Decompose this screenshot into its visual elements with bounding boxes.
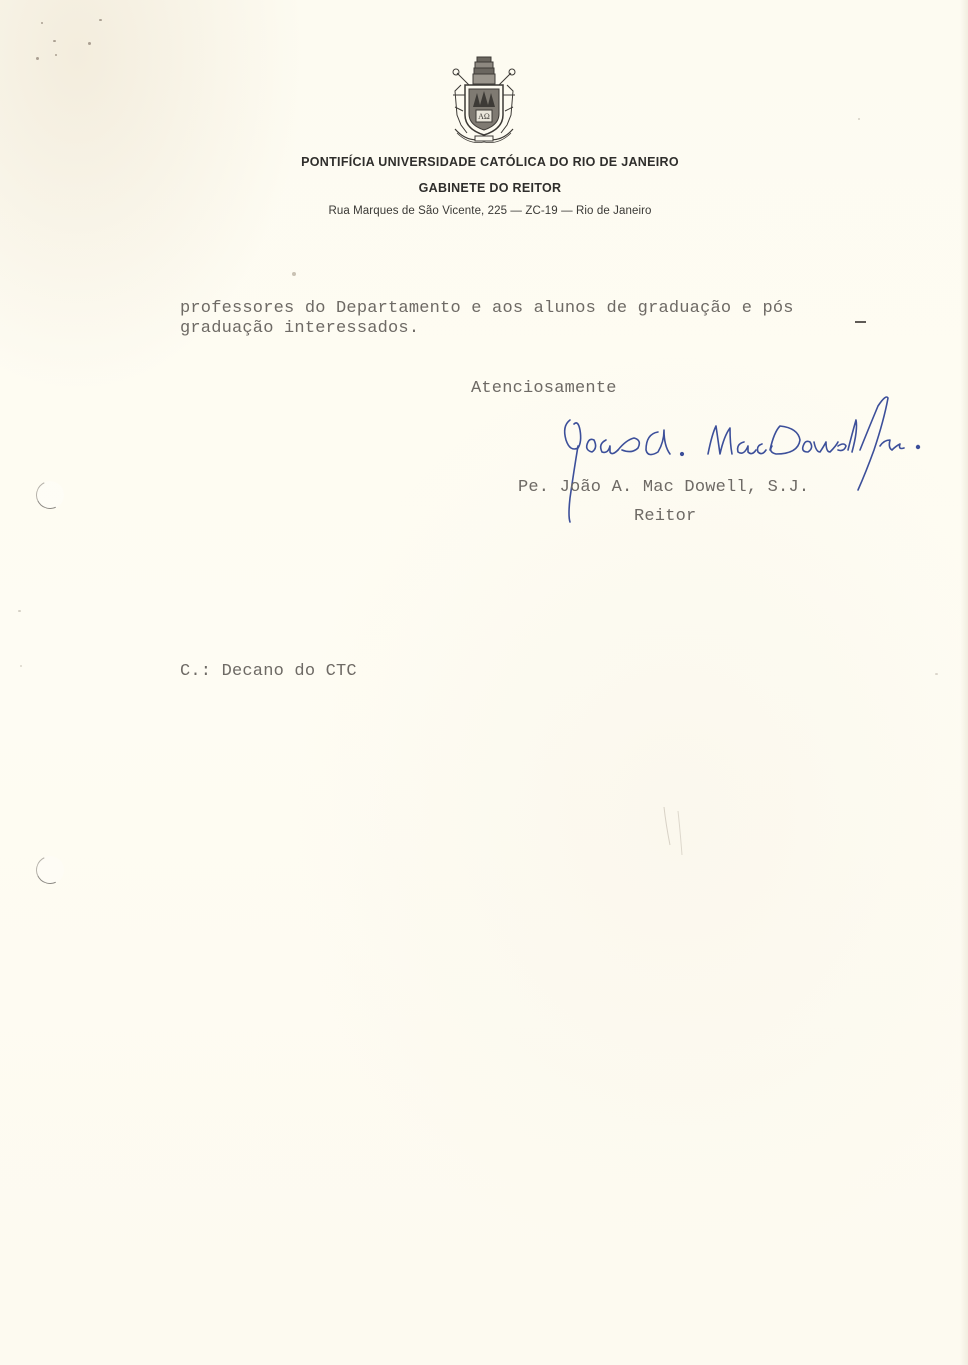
paper-speck [41,22,43,24]
letterhead-university-name: PONTIFÍCIA UNIVERSIDADE CATÓLICA DO RIO … [0,155,968,169]
svg-text:AΩ: AΩ [478,112,490,121]
body-text-line: professores do Departamento e aos alunos… [180,299,794,319]
signer-title: Reitor [634,507,696,527]
address-street: Rua Marques de São Vicente, 225 [328,205,507,217]
handwritten-signature [548,390,938,530]
signer-typed-name: Pe. João A. Mac Dowell, S.J. [518,478,809,498]
paper-speck [20,665,22,667]
paper-speck [36,57,39,60]
hole-punch-mark [32,852,68,888]
paper-speck [935,673,938,675]
address-city: Rio de Janeiro [576,205,652,217]
paper-speck [292,272,296,276]
paper-speck [55,54,57,56]
address-zone: ZC-19 [525,205,557,217]
carbon-copy-line: C.: Decano do CTC [180,662,357,682]
typed-underline-mark [855,321,866,323]
body-text-line: graduação interessados. [180,319,419,339]
paper-speck [99,19,102,21]
address-separator: — [558,205,576,217]
address-separator: — [507,205,525,217]
letter-page: AΩ PONTIFÍCIA UNIVERSIDADE CATÓLICA DO R… [0,0,968,1365]
paper-speck [88,42,91,45]
university-crest-icon: AΩ [447,55,521,145]
paper-speck [858,118,860,120]
paper-speck [53,40,56,42]
letterhead-office-name: GABINETE DO REITOR [0,181,968,195]
hole-punch-mark [32,477,68,513]
letterhead-address: Rua Marques de São Vicente, 225 — ZC-19 … [0,205,968,217]
paper-speck [18,610,21,612]
paper-scuff-mark [660,805,700,860]
